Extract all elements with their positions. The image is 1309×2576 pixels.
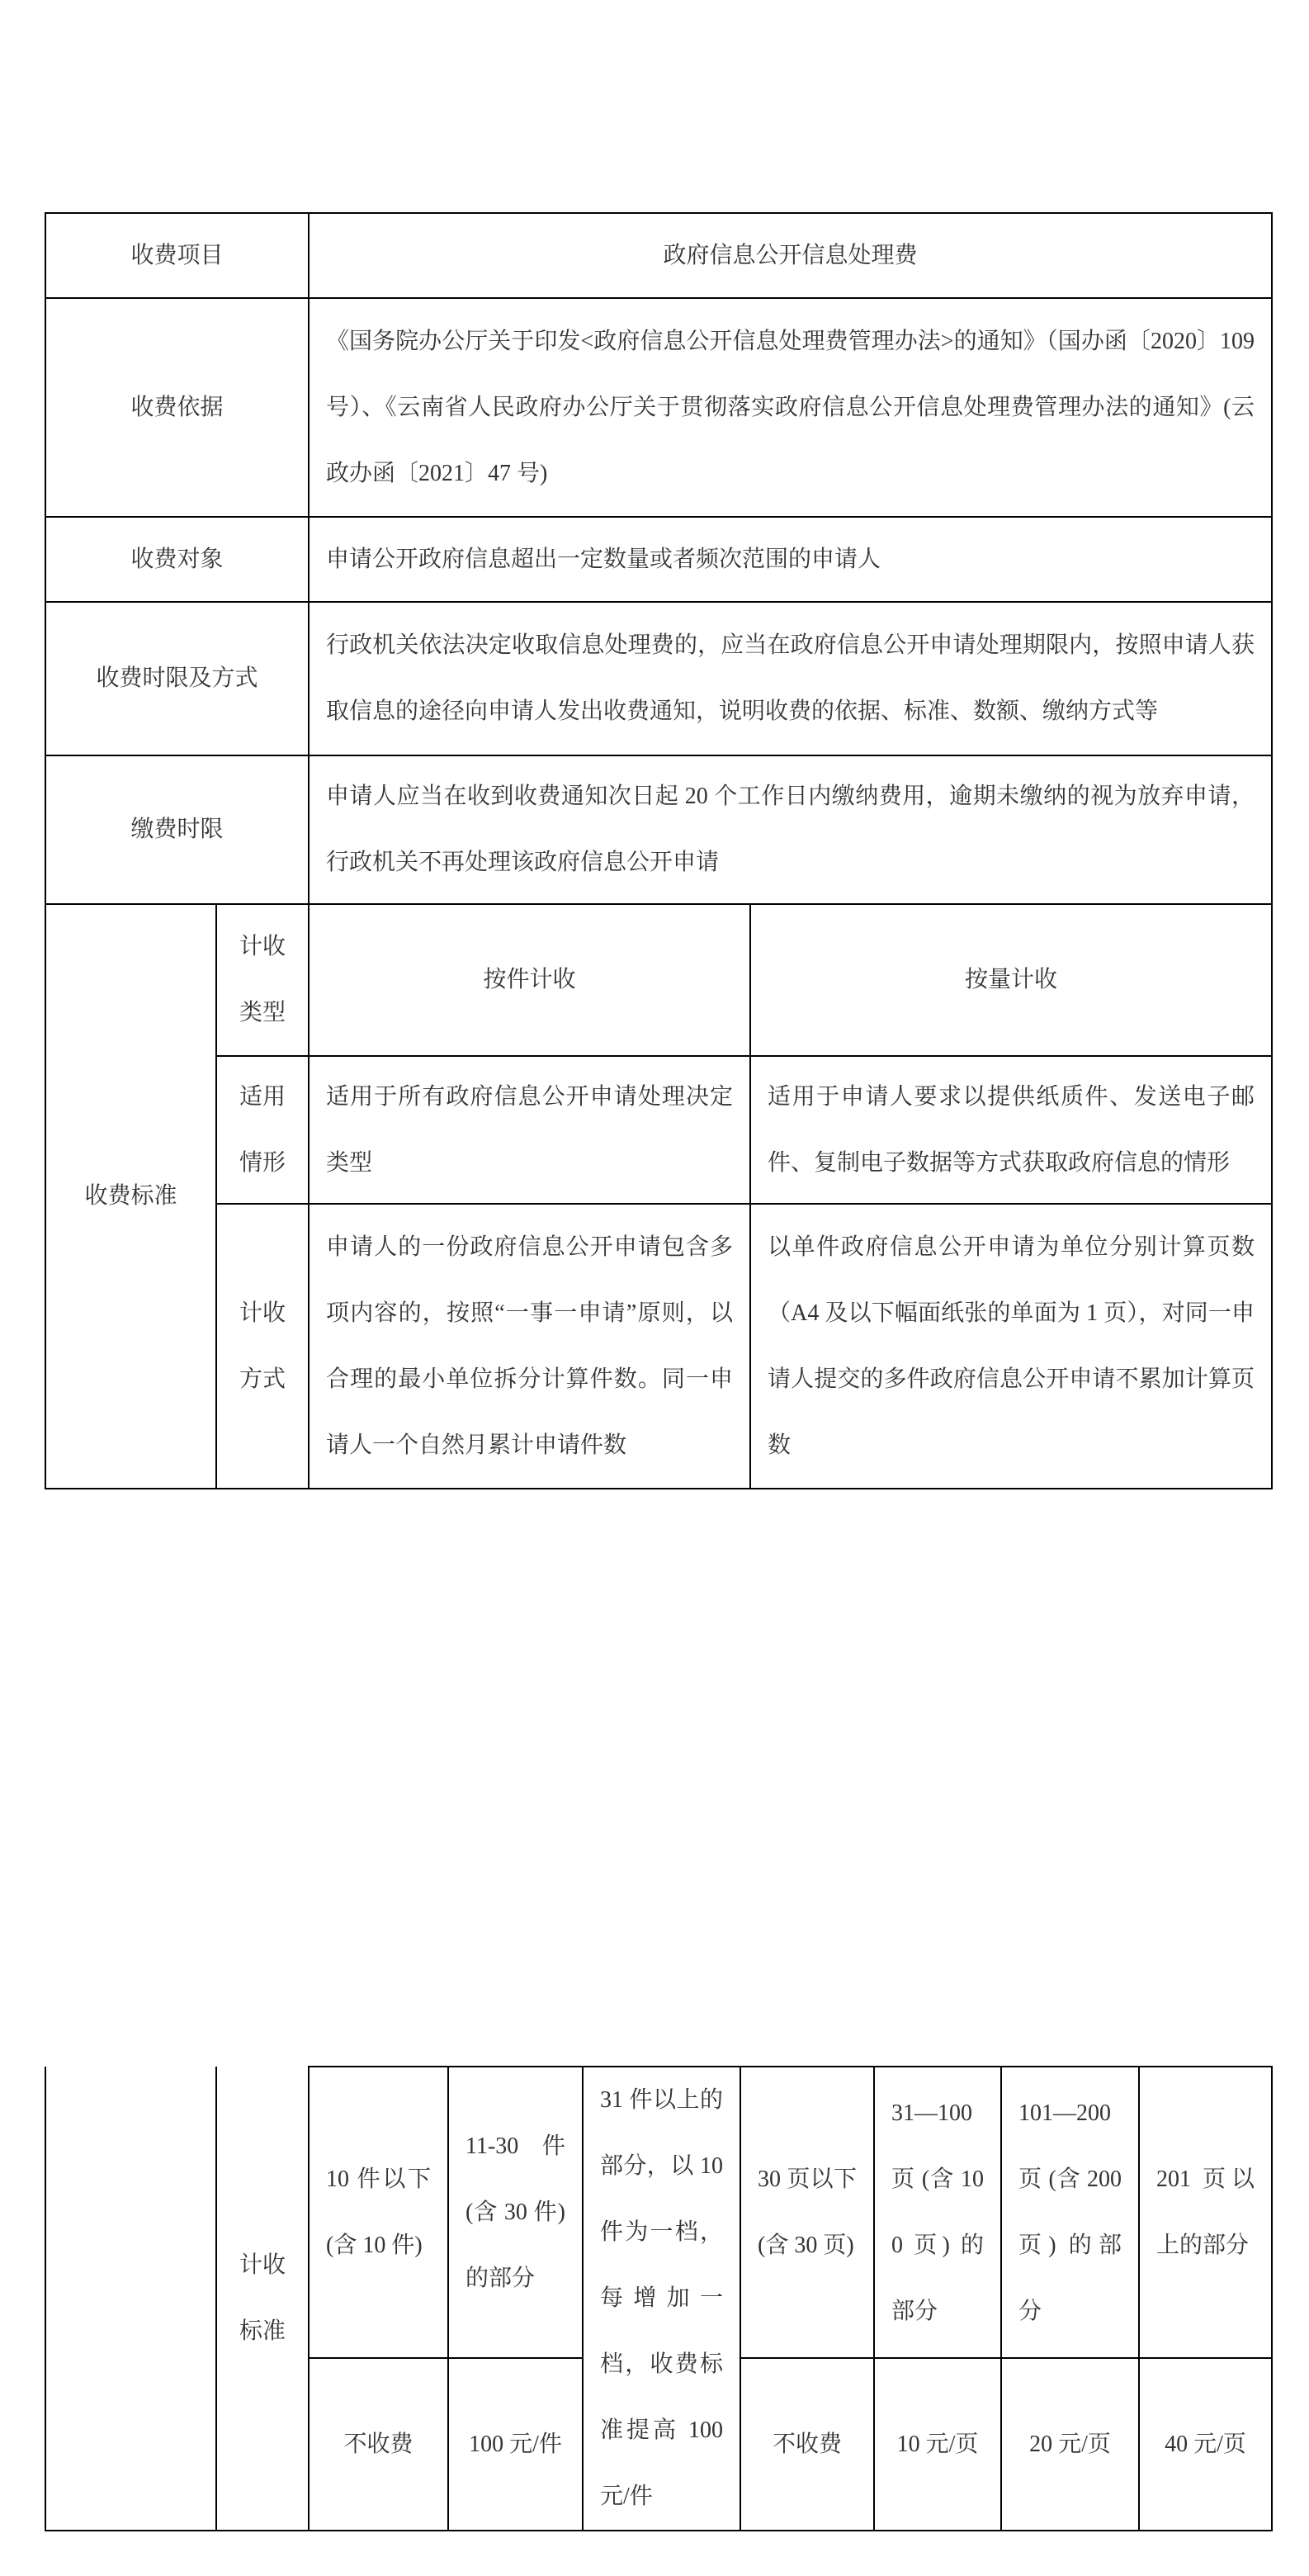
row-label-fee-target: 收费对象 [45,517,309,602]
fee-info-table-part1: 收费项目 政府信息公开信息处理费 收费依据 《国务院办公厅关于印发<政府信息公开… [45,212,1273,1489]
row-value-payment-deadline: 申请人应当在收到收费通知次日起 20 个工作日内缴纳费用，逾期未缴纳的视为放弃申… [309,755,1272,904]
table-row: 收费对象 申请公开政府信息超出一定数量或者频次范围的申请人 [45,517,1272,602]
rate-range-item-tier2: 11-30 件 (含 30 件) 的部分 [448,2067,583,2358]
table-row: 收费依据 《国务院办公厅关于印发<政府信息公开信息处理费管理办法>的通知》（国办… [45,298,1272,517]
rate-range-item-tier1: 10 件以下 (含 10 件) [309,2067,448,2358]
rate-range-item-tier3: 31 件以上的部分，以 10 件为一档，每增加一档，收费标准提高 100 元/件 [583,2067,740,2531]
sub-label-charge-type: 计收类型 [216,904,309,1056]
charge-type-by-volume: 按量计收 [750,904,1272,1056]
table-row: 收费时限及方式 行政机关依法决定收取信息处理费的，应当在政府信息公开申请处理期限… [45,602,1272,755]
rate-fee-volume-tier1: 不收费 [740,2358,874,2531]
table-row: 适用情形 适用于所有政府信息公开申请处理决定类型 适用于申请人要求以提供纸质件、… [45,1056,1272,1204]
charge-method-by-item: 申请人的一份政府信息公开申请包含多项内容的，按照“一事一申请”原则，以合理的最小… [309,1204,750,1489]
table-row: 收费标准 计收类型 按件计收 按量计收 [45,904,1272,1056]
table-row: 计收方式 申请人的一份政府信息公开申请包含多项内容的，按照“一事一申请”原则，以… [45,1204,1272,1489]
row-value-fee-item: 政府信息公开信息处理费 [309,213,1272,298]
row-value-fee-basis: 《国务院办公厅关于印发<政府信息公开信息处理费管理办法>的通知》（国办函〔202… [309,298,1272,517]
sub-label-applicable-case: 适用情形 [216,1056,309,1204]
rate-range-volume-tier4: 201 页以上的部分 [1139,2067,1272,2358]
fee-info-table: 收费项目 政府信息公开信息处理费 收费依据 《国务院办公厅关于印发<政府信息公开… [45,212,1273,1489]
sub-label-charge-method: 计收方式 [216,1204,309,1489]
rate-fee-volume-tier3: 20 元/页 [1001,2358,1139,2531]
row-label-fee-basis: 收费依据 [45,298,309,517]
applicable-case-by-volume: 适用于申请人要求以提供纸质件、发送电子邮件、复制电子数据等方式获取政府信息的情形 [750,1056,1272,1204]
table-row: 缴费时限 申请人应当在收到收费通知次日起 20 个工作日内缴纳费用，逾期未缴纳的… [45,755,1272,904]
row-value-fee-time-method: 行政机关依法决定收取信息处理费的，应当在政府信息公开申请处理期限内，按照申请人获… [309,602,1272,755]
rate-fee-volume-tier4: 40 元/页 [1139,2358,1272,2531]
rate-fee-item-tier2: 100 元/件 [448,2358,583,2531]
table-row: 收费项目 政府信息公开信息处理费 [45,213,1272,298]
charge-type-by-item: 按件计收 [309,904,750,1056]
rate-fee-item-tier1: 不收费 [309,2358,448,2531]
rate-range-volume-tier1: 30 页以下 (含 30 页) [740,2067,874,2358]
sub-label-rate-standard: 计收标准 [216,2067,309,2531]
charge-method-by-volume: 以单件政府信息公开申请为单位分别计算页数（A4 及以下幅面纸张的单面为 1 页）… [750,1204,1272,1489]
rate-fee-volume-tier2: 10 元/页 [874,2358,1001,2531]
rate-range-volume-tier2: 31—100 页 (含 100 页) 的部分 [874,2067,1001,2358]
row-label-fee-time-method: 收费时限及方式 [45,602,309,755]
fee-standard-continuation-cell [45,2067,216,2531]
row-value-fee-target: 申请公开政府信息超出一定数量或者频次范围的申请人 [309,517,1272,602]
row-label-payment-deadline: 缴费时限 [45,755,309,904]
row-label-fee-item: 收费项目 [45,213,309,298]
fee-info-table-part2: 计收标准 10 件以下 (含 10 件) 11-30 件 (含 30 件) 的部… [45,2066,1273,2531]
row-label-fee-standard: 收费标准 [45,904,216,1489]
rate-range-volume-tier3: 101—200 页 (含 200 页) 的部分 [1001,2067,1139,2358]
applicable-case-by-item: 适用于所有政府信息公开申请处理决定类型 [309,1056,750,1204]
table-row: 计收标准 10 件以下 (含 10 件) 11-30 件 (含 30 件) 的部… [45,2067,1272,2358]
rate-standard-table: 计收标准 10 件以下 (含 10 件) 11-30 件 (含 30 件) 的部… [45,2066,1273,2531]
